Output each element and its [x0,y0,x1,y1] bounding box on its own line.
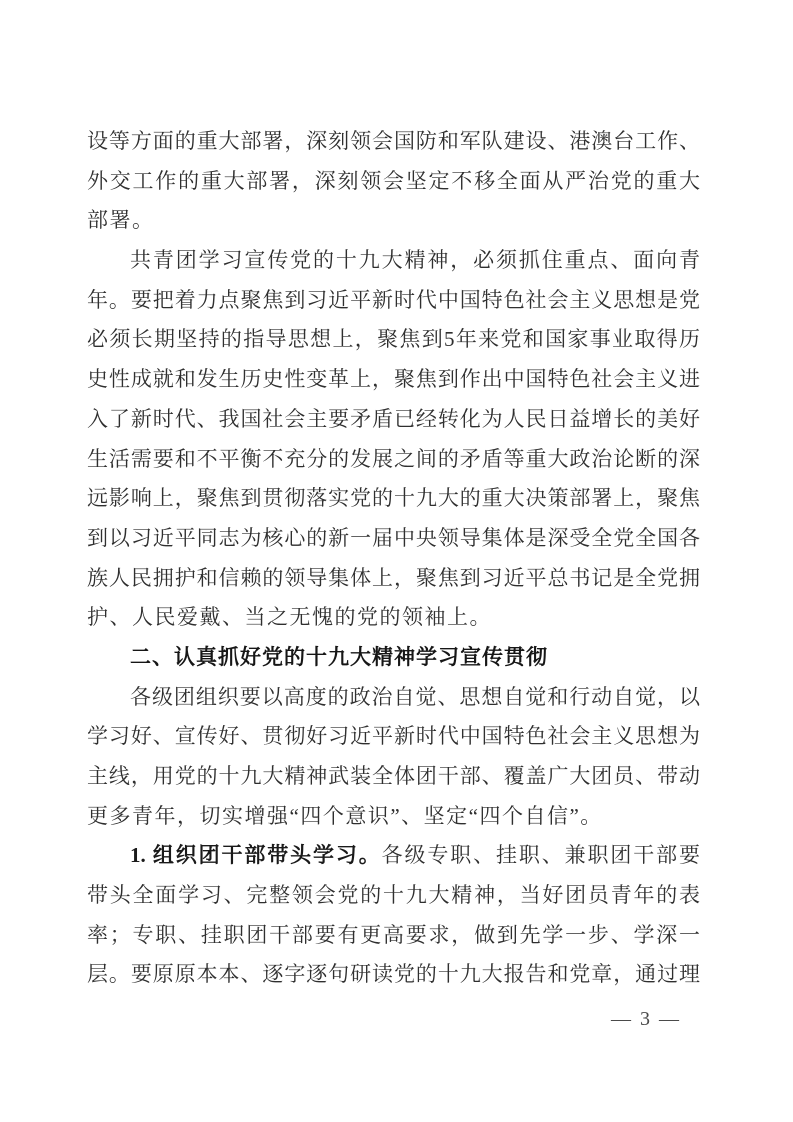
section-heading: 二、认真抓好党的十九大精神学习宣传贯彻 [87,638,700,678]
text-line: 带头全面学习、完整领会党的十九大精神，当好团员青年的表 [87,876,700,916]
text-line: 部署。 [87,201,700,241]
text-line: 入了新时代、我国社会主要矛盾已经转化为人民日益增长的美好 [87,400,700,440]
text-line: 主线，用党的十九大精神武装全体团干部、覆盖广大团员、带动 [87,757,700,797]
text-line: 设等方面的重大部署，深刻领会国防和军队建设、港澳台工作、 [87,122,700,162]
subheading-bold-run: 1. 组织团干部带头学习。 [130,843,382,867]
text-line: 族人民拥护和信赖的领导集体上，聚焦到习近平总书记是全党拥 [87,559,700,599]
text-line: 更多青年，切实增强“四个意识”、坚定“四个自信”。 [87,797,700,837]
text-line: 共青团学习宣传党的十九大精神，必须抓住重点、面向青 [87,241,700,281]
text-line: 史性成就和发生历史性变革上，聚焦到作出中国特色社会主义进 [87,360,700,400]
text-line: 各级团组织要以高度的政治自觉、思想自觉和行动自觉，以 [87,678,700,718]
page-number: — 3 — [611,1003,681,1035]
text-line: 学习好、宣传好、贯彻好习近平新时代中国特色社会主义思想为 [87,717,700,757]
text-line: 层。要原原本本、逐字逐句研读党的十九大报告和党章，通过理 [87,955,700,995]
text-line: 护、人民爱戴、当之无愧的党的领袖上。 [87,598,700,638]
text-line: 率；专职、挂职团干部要有更高要求，做到先学一步、学深一 [87,916,700,956]
text-line: 外交工作的重大部署，深刻领会坚定不移全面从严治党的重大 [87,162,700,202]
document-page: 设等方面的重大部署，深刻领会国防和军队建设、港澳台工作、外交工作的重大部署，深刻… [0,0,793,1122]
text-line: 到以习近平同志为核心的新一届中央领导集体是深受全党全国各 [87,519,700,559]
text-line: 年。要把着力点聚焦到习近平新时代中国特色社会主义思想是党 [87,281,700,321]
text-block: 设等方面的重大部署，深刻领会国防和军队建设、港澳台工作、外交工作的重大部署，深刻… [87,122,700,995]
text-line: 1. 组织团干部带头学习。各级专职、挂职、兼职团干部要 [87,836,700,876]
text-line: 远影响上，聚焦到贯彻落实党的十九大的重大决策部署上，聚焦 [87,479,700,519]
text-line: 生活需要和不平衡不充分的发展之间的矛盾等重大政治论断的深 [87,440,700,480]
text-run: 各级专职、挂职、兼职团干部要 [382,843,700,867]
text-line: 必须长期坚持的指导思想上，聚焦到5年来党和国家事业取得历 [87,320,700,360]
